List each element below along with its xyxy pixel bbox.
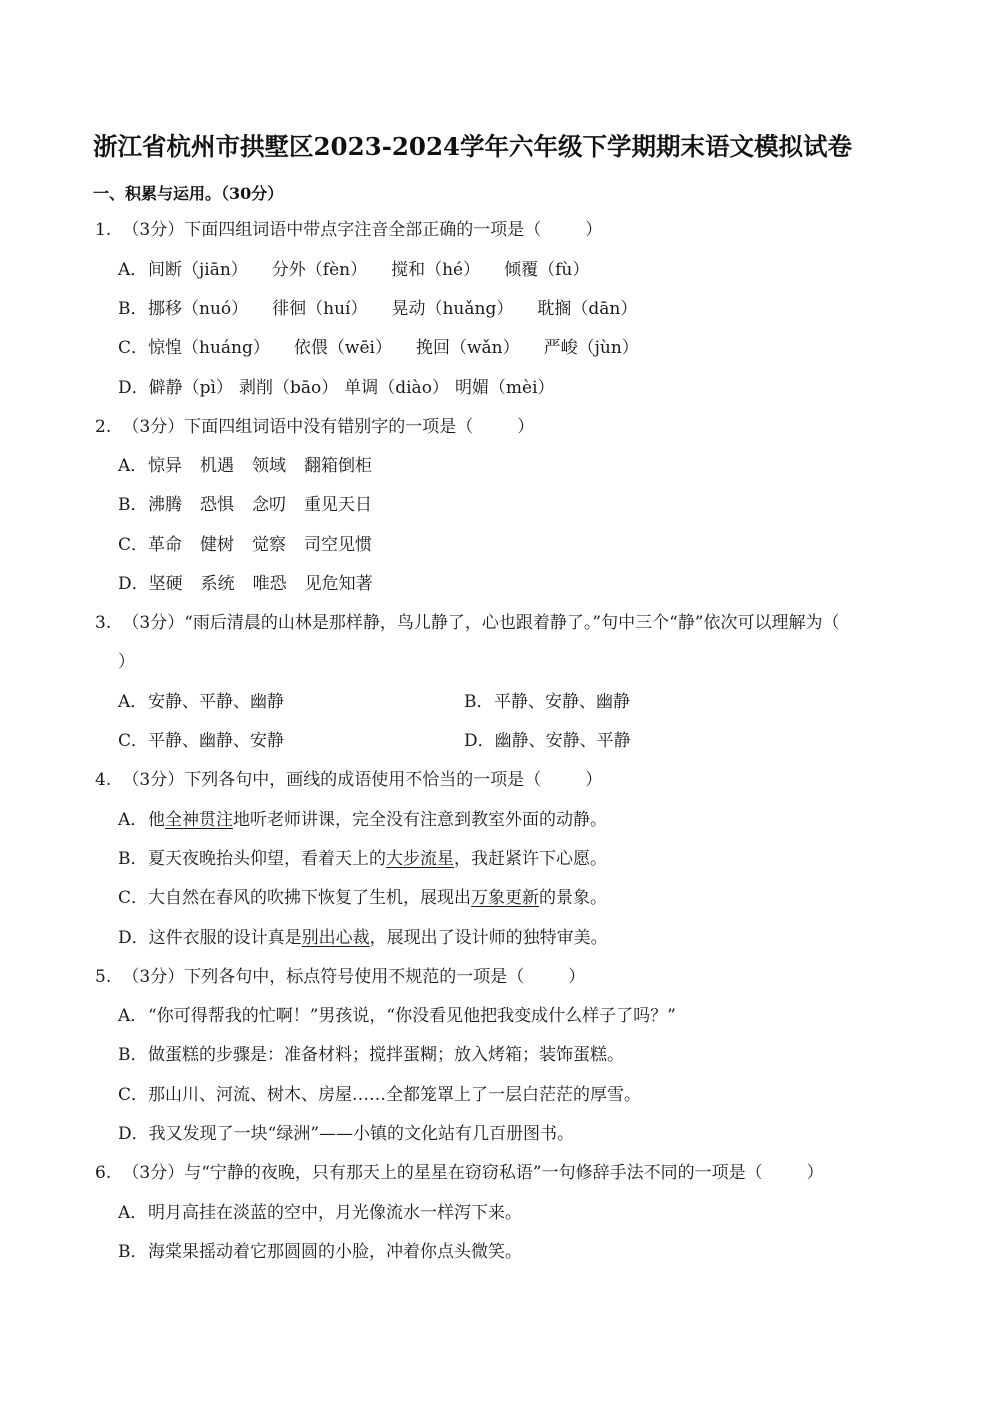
option-item: 见危知著 xyxy=(305,574,373,594)
option-letter: C． xyxy=(118,533,148,557)
option-text: 那山川、河流、树木、房屋……全都笼罩上了一层白茫茫的厚雪。 xyxy=(148,1085,641,1105)
q5-option-b: B．做蛋糕的步骤是：准备材料；搅拌蛋糊；放入烤箱；装饰蛋糕。 xyxy=(118,1043,624,1067)
option-text: 这件衣服的设计真是 xyxy=(149,928,302,948)
question-3: 3. （3分）“雨后清晨的山林是那样静，鸟儿静了，心也跟着静了。”句中三个“静”… xyxy=(95,611,840,635)
option-letter: B． xyxy=(118,847,148,871)
option-item: 明媚（mèi） xyxy=(455,378,555,398)
question-2: 2. （3分）下面四组词语中没有错别字的一项是（） xyxy=(95,415,534,439)
q4-option-c: C．大自然在春风的吹拂下恢复了生机，展现出万象更新的景象。 xyxy=(118,886,607,910)
option-item: 革命 xyxy=(148,535,182,555)
option-item: 翻箱倒柜 xyxy=(304,456,372,476)
option-letter: D． xyxy=(464,729,495,753)
q2-option-c: C．革命健树觉察司空见惯 xyxy=(118,533,372,557)
option-letter: B． xyxy=(118,493,148,517)
stem-end: ） xyxy=(585,220,602,240)
option-item: 沸腾 xyxy=(148,495,182,515)
option-item: 领域 xyxy=(252,456,286,476)
question-score: （3分） xyxy=(122,220,184,240)
exam-page: 浙江省杭州市拱墅区2023-2024学年六年级下学期期末语文模拟试卷 一、积累与… xyxy=(0,0,1000,1414)
option-text: 的景象。 xyxy=(539,888,607,908)
section-heading: 一、积累与运用。（30分） xyxy=(93,181,283,204)
option-item: 单调（diào） xyxy=(344,378,449,398)
option-letter: B． xyxy=(118,1240,148,1264)
option-item: 徘徊（huí） xyxy=(272,299,367,319)
question-stem: 下列各句中，画线的成语使用不恰当的一项是（ xyxy=(184,770,541,790)
option-item: 惊惶（huáng） xyxy=(148,338,270,358)
option-text: 明月高挂在淡蓝的空中，月光像流水一样泻下来。 xyxy=(148,1203,522,1223)
option-item: 系统 xyxy=(201,574,235,594)
option-item: 挽回（wǎn） xyxy=(416,338,520,358)
option-text: 幽静、安静、平静 xyxy=(495,731,631,751)
q1-option-a: A．间断（jiān）分外（fèn）搅和（hé）倾覆（fù） xyxy=(118,258,589,282)
option-text: 做蛋糕的步骤是：准备材料；搅拌蛋糊；放入烤箱；装饰蛋糕。 xyxy=(148,1045,624,1065)
option-item: 坚硬 xyxy=(149,574,183,594)
option-item: 重见天日 xyxy=(304,495,372,515)
option-item: 司空见惯 xyxy=(304,535,372,555)
option-letter: B． xyxy=(118,297,148,321)
q4-option-b: B．夏天夜晚抬头仰望，看着天上的大步流星，我赶紧许下心愿。 xyxy=(118,847,607,871)
option-letter: A． xyxy=(118,454,148,478)
option-item: 觉察 xyxy=(252,535,286,555)
option-text: ，我赶紧许下心愿。 xyxy=(454,849,607,869)
question-score: （3分） xyxy=(122,1163,184,1183)
question-stem: 下列各句中，标点符号使用不规范的一项是（ xyxy=(184,967,524,987)
option-text: 大自然在春风的吹拂下恢复了生机，展现出 xyxy=(148,888,471,908)
option-text: ，展现出了设计师的独特审美。 xyxy=(370,928,608,948)
option-letter: D． xyxy=(118,376,149,400)
question-6: 6. （3分）与“宁静的夜晚，只有那天上的星星在窃窃私语”一句修辞手法不同的一项… xyxy=(95,1161,824,1185)
stem-end: ） xyxy=(568,967,585,987)
question-score: （3分） xyxy=(122,417,184,437)
underlined-idiom: 全神贯注 xyxy=(165,810,233,830)
option-item: 念叨 xyxy=(252,495,286,515)
question-1: 1. （3分）下面四组词语中带点字注音全部正确的一项是（） xyxy=(95,218,602,242)
option-text: 他 xyxy=(148,810,165,830)
option-item: 恐惧 xyxy=(200,495,234,515)
option-item: 惊异 xyxy=(148,456,182,476)
option-text: 平静、安静、幽静 xyxy=(494,692,630,712)
option-text: 安静、平静、幽静 xyxy=(148,692,284,712)
question-number: 2. xyxy=(95,415,117,439)
option-letter: A． xyxy=(118,808,148,832)
q3-option-a: A．安静、平静、幽静 xyxy=(118,690,284,714)
question-score: （3分） xyxy=(122,967,184,987)
q2-option-a: A．惊异机遇领域翻箱倒柜 xyxy=(118,454,372,478)
question-score: （3分） xyxy=(122,770,184,790)
option-item: 分外（fèn） xyxy=(272,260,367,280)
q2-option-d: D．坚硬系统唯恐见危知著 xyxy=(118,572,373,596)
option-item: 僻静（pì） xyxy=(149,378,233,398)
question-stem: 与“宁静的夜晚，只有那天上的星星在窃窃私语”一句修辞手法不同的一项是（ xyxy=(184,1163,762,1183)
option-text: 我又发现了一块“绿洲”——小镇的文化站有几百册图书。 xyxy=(149,1124,574,1144)
question-stem: 下面四组词语中没有错别字的一项是（ xyxy=(184,417,473,437)
option-item: 剥削（bāo） xyxy=(239,378,338,398)
q1-option-c: C．惊惶（huáng）依偎（wēi）挽回（wǎn）严峻（jùn） xyxy=(118,336,639,360)
stem-end: ） xyxy=(585,770,602,790)
q4-option-a: A．他全神贯注地听老师讲课，完全没有注意到教室外面的动静。 xyxy=(118,808,607,832)
option-letter: A． xyxy=(118,1201,148,1225)
underlined-idiom: 别出心裁 xyxy=(302,928,370,948)
q6-option-b: B．海棠果摇动着它那圆圆的小脸，冲着你点头微笑。 xyxy=(118,1240,522,1264)
option-letter: A． xyxy=(118,1004,148,1028)
question-stem: “雨后清晨的山林是那样静，鸟儿静了，心也跟着静了。”句中三个“静”依次可以理解为… xyxy=(184,613,839,633)
q2-option-b: B．沸腾恐惧念叨重见天日 xyxy=(118,493,372,517)
q5-option-c: C．那山川、河流、树木、房屋……全都笼罩上了一层白茫茫的厚雪。 xyxy=(118,1083,641,1107)
option-item: 机遇 xyxy=(200,456,234,476)
option-item: 间断（jiān） xyxy=(148,260,248,280)
q3-option-d: D．幽静、安静、平静 xyxy=(464,729,631,753)
question-stem: 下面四组词语中带点字注音全部正确的一项是（ xyxy=(184,220,541,240)
q5-option-a: A．“你可得帮我的忙啊！”男孩说，“你没看见他把我变成什么样子了吗？” xyxy=(118,1004,676,1028)
question-score: （3分） xyxy=(122,613,184,633)
underlined-idiom: 大步流星 xyxy=(386,849,454,869)
option-letter: C． xyxy=(118,336,148,360)
q1-option-b: B．挪移（nuó）徘徊（huí）晃动（huǎng）耽搁（dān） xyxy=(118,297,637,321)
question-3-stem-end: ） xyxy=(118,650,135,674)
option-item: 倾覆（fù） xyxy=(504,260,589,280)
option-letter: C． xyxy=(118,729,148,753)
option-text: “你可得帮我的忙啊！”男孩说，“你没看见他把我变成什么样子了吗？” xyxy=(148,1006,676,1026)
option-item: 晃动（huǎng） xyxy=(391,299,513,319)
option-item: 健树 xyxy=(200,535,234,555)
question-number: 4. xyxy=(95,768,117,792)
option-item: 唯恐 xyxy=(253,574,287,594)
stem-end: ） xyxy=(517,417,534,437)
q3-option-b: B．平静、安静、幽静 xyxy=(464,690,630,714)
q5-option-d: D．我又发现了一块“绿洲”——小镇的文化站有几百册图书。 xyxy=(118,1122,574,1146)
question-number: 6. xyxy=(95,1161,117,1185)
exam-title: 浙江省杭州市拱墅区2023-2024学年六年级下学期期末语文模拟试卷 xyxy=(93,128,852,163)
option-letter: D． xyxy=(118,1122,149,1146)
option-item: 严峻（jùn） xyxy=(544,338,639,358)
q4-option-d: D．这件衣服的设计真是别出心裁，展现出了设计师的独特审美。 xyxy=(118,926,608,950)
option-text: 平静、幽静、安静 xyxy=(148,731,284,751)
option-letter: C． xyxy=(118,886,148,910)
option-item: 耽搁（dān） xyxy=(537,299,637,319)
q1-option-d: D．僻静（pì）剥削（bāo）单调（diào）明媚（mèi） xyxy=(118,376,555,400)
option-letter: D． xyxy=(118,926,149,950)
underlined-idiom: 万象更新 xyxy=(471,888,539,908)
option-item: 挪移（nuó） xyxy=(148,299,248,319)
question-4: 4. （3分）下列各句中，画线的成语使用不恰当的一项是（） xyxy=(95,768,602,792)
option-letter: D． xyxy=(118,572,149,596)
question-5: 5. （3分）下列各句中，标点符号使用不规范的一项是（） xyxy=(95,965,585,989)
option-letter: A． xyxy=(118,690,148,714)
option-letter: A． xyxy=(118,258,148,282)
question-number: 5. xyxy=(95,965,117,989)
option-letter: B． xyxy=(118,1043,148,1067)
q3-option-c: C．平静、幽静、安静 xyxy=(118,729,284,753)
option-item: 依偎（wēi） xyxy=(294,338,392,358)
question-number: 1. xyxy=(95,218,117,242)
question-number: 3. xyxy=(95,611,117,635)
option-letter: B． xyxy=(464,690,494,714)
option-text: 海棠果摇动着它那圆圆的小脸，冲着你点头微笑。 xyxy=(148,1242,522,1262)
stem-end: ） xyxy=(807,1163,824,1183)
option-text: 夏天夜晚抬头仰望，看着天上的 xyxy=(148,849,386,869)
option-item: 搅和（hé） xyxy=(391,260,480,280)
q6-option-a: A．明月高挂在淡蓝的空中，月光像流水一样泻下来。 xyxy=(118,1201,522,1225)
option-letter: C． xyxy=(118,1083,148,1107)
option-text: 地听老师讲课，完全没有注意到教室外面的动静。 xyxy=(233,810,607,830)
